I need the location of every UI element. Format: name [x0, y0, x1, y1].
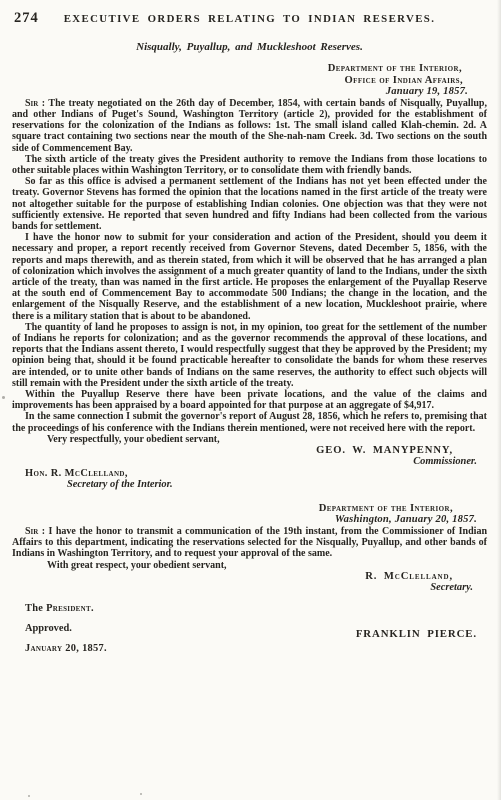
- approval-block: The President. Approved. FRANKLIN PIERCE…: [12, 603, 487, 655]
- letter2-heading: Department of the Interior, Washington, …: [12, 503, 487, 526]
- letter1-paragraph-6: Within the Puyallup Reserve there have b…: [12, 389, 487, 411]
- scan-speck: [28, 795, 30, 797]
- letter2-valediction: With great respect, your obedient servan…: [12, 560, 487, 571]
- letter2-addressee: The President.: [12, 603, 487, 614]
- letter1-addressee: Hon. R. McClelland, Secretary of the Int…: [12, 468, 487, 491]
- letter1-paragraph-3: So far as this office is advised a perma…: [12, 176, 487, 232]
- letter2-paragraph-1: Sir : I have the honor to transmit a com…: [12, 526, 487, 560]
- letter1-heading-dept: Department of the Interior,: [12, 63, 487, 75]
- scan-edge-artifact: [497, 0, 501, 800]
- letter1-addressee-name: Hon. R. McClelland,: [12, 468, 487, 479]
- approval-signature: FRANKLIN PIERCE.: [356, 628, 477, 640]
- letter1-signature-title: Commissioner.: [12, 456, 487, 467]
- section-title: Nisqually, Puyallup, and Muckleshoot Res…: [12, 41, 487, 53]
- letter-commissioner: Department of the Interior, Office of In…: [12, 63, 487, 491]
- letter1-signature-name: GEO. W. MANYPENNY,: [12, 445, 487, 456]
- letter1-heading-date: January 19, 1857.: [12, 86, 487, 98]
- letter1-paragraph-2: The sixth article of the treaty gives th…: [12, 154, 487, 176]
- approval-date: January 20, 1857.: [12, 643, 487, 654]
- letter2-heading-date: Washington, January 20, 1857.: [12, 514, 487, 526]
- book-page: 274 EXECUTIVE ORDERS RELATING TO INDIAN …: [0, 0, 501, 800]
- letter1-signature: GEO. W. MANYPENNY, Commissioner.: [12, 445, 487, 468]
- paragraph-text: I have the honor to transmit a communica…: [12, 526, 487, 559]
- letter2-signature-name: R. McClelland,: [12, 571, 487, 582]
- paragraph-text: The treaty negotiated on the 26th day of…: [12, 98, 487, 154]
- running-header: EXECUTIVE ORDERS RELATING TO INDIAN RESE…: [12, 10, 487, 25]
- letter1-paragraph-4: I have the honor now to submit for your …: [12, 232, 487, 322]
- letter1-addressee-title: Secretary of the Interior.: [12, 479, 487, 490]
- letter1-heading-office: Office of Indian Affairs,: [12, 75, 487, 87]
- page-number: 274: [14, 10, 39, 27]
- addressee-prefix: The: [25, 603, 43, 614]
- salutation: Sir :: [25, 98, 45, 109]
- letter-secretary: Department of the Interior, Washington, …: [12, 503, 487, 655]
- letter2-heading-dept: Department of the Interior,: [12, 503, 487, 515]
- letter1-valediction: Very respectfully, your obedient servant…: [12, 434, 487, 445]
- salutation: Sir :: [25, 526, 45, 537]
- scan-speck: [2, 396, 5, 399]
- page-content: 274 EXECUTIVE ORDERS RELATING TO INDIAN …: [0, 0, 501, 655]
- letter1-paragraph-5: The quantity of land he proposes to assi…: [12, 322, 487, 389]
- letter1-heading: Department of the Interior, Office of In…: [12, 63, 487, 98]
- letter2-signature-title: Secretary.: [12, 582, 487, 593]
- page-header: 274 EXECUTIVE ORDERS RELATING TO INDIAN …: [12, 10, 487, 30]
- letter2-signature: R. McClelland, Secretary.: [12, 571, 487, 594]
- addressee-name: President.: [46, 603, 94, 614]
- scan-speck: [140, 793, 142, 795]
- letter1-paragraph-1: Sir : The treaty negotiated on the 26th …: [12, 98, 487, 154]
- letter1-paragraph-7: In the same connection I submit the gove…: [12, 411, 487, 433]
